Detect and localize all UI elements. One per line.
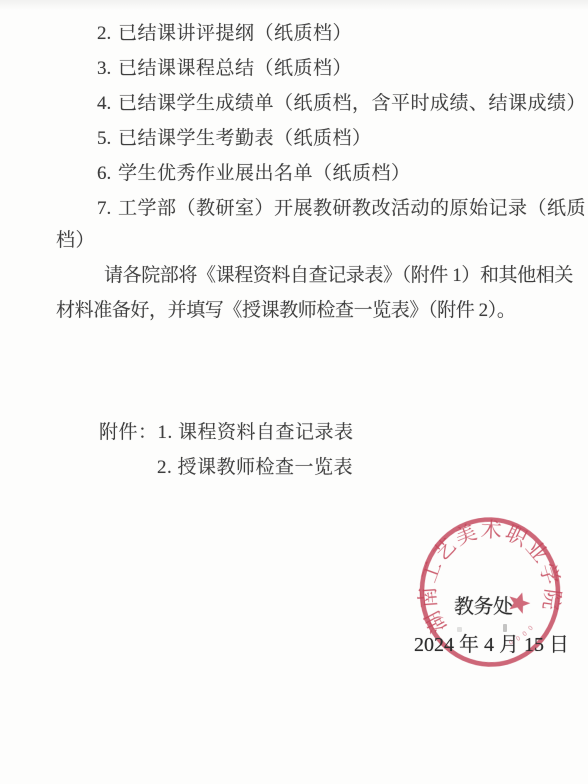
list-item-text: 学生优秀作业展出名单（纸质档） — [118, 163, 411, 184]
list-item: 7.工学部（教研室）开展教研教改活动的原始记录（纸质 — [97, 197, 586, 220]
attachment-item: 1. 课程资料自查记录表 — [158, 422, 354, 443]
list-item-continuation: 档） — [56, 229, 95, 252]
list-item: 2.已结课讲评提纲（纸质档） — [97, 22, 352, 45]
list-item-number: 7. — [97, 197, 118, 220]
signature-department: 教务处 — [454, 595, 513, 619]
list-item: 5.已结课学生考勤表（纸质档） — [97, 127, 372, 150]
attachments-label: 附件： — [99, 422, 158, 443]
attachment-item: 2. 授课教师检查一览表 — [157, 456, 353, 479]
list-item: 4.已结课学生成绩单（纸质档，含平时成绩、结课成绩） — [97, 92, 586, 115]
list-item: 6.学生优秀作业展出名单（纸质档） — [97, 162, 411, 185]
list-item-text: 已结课学生成绩单（纸质档，含平时成绩、结课成绩） — [118, 93, 586, 114]
scan-artifact — [457, 627, 462, 632]
paragraph-line: 材料准备好，并填写《授课教师检查一览表》（附件 2）。 — [56, 299, 515, 322]
signature-date: 2024 年 4 月 15 日 — [414, 633, 569, 657]
list-item-number: 5. — [97, 127, 118, 150]
scan-artifact — [503, 624, 507, 632]
list-item-text: 已结课讲评提纲（纸质档） — [118, 23, 352, 44]
list-item-number: 6. — [97, 162, 118, 185]
list-item-number: 3. — [97, 57, 118, 80]
list-item-number: 2. — [97, 22, 118, 45]
document-page: 2.已结课讲评提纲（纸质档） 3.已结课课程总结（纸质档） 4.已结课学生成绩单… — [0, 0, 588, 784]
list-item: 3.已结课课程总结（纸质档） — [97, 57, 352, 80]
list-item-text: 已结课学生考勤表（纸质档） — [118, 128, 372, 149]
list-item-text: 工学部（教研室）开展教研教改活动的原始记录（纸质 — [118, 198, 586, 219]
list-item-text: 已结课课程总结（纸质档） — [118, 58, 352, 79]
official-seal: 湖南工艺美术职业学院 0 0 0 0 5 — [383, 485, 588, 698]
list-item-number: 4. — [97, 92, 118, 115]
paragraph-line: 请各院部将《课程资料自查记录表》（附件 1）和其他相关 — [104, 264, 573, 287]
attachments-line: 附件：1. 课程资料自查记录表 — [99, 421, 354, 444]
